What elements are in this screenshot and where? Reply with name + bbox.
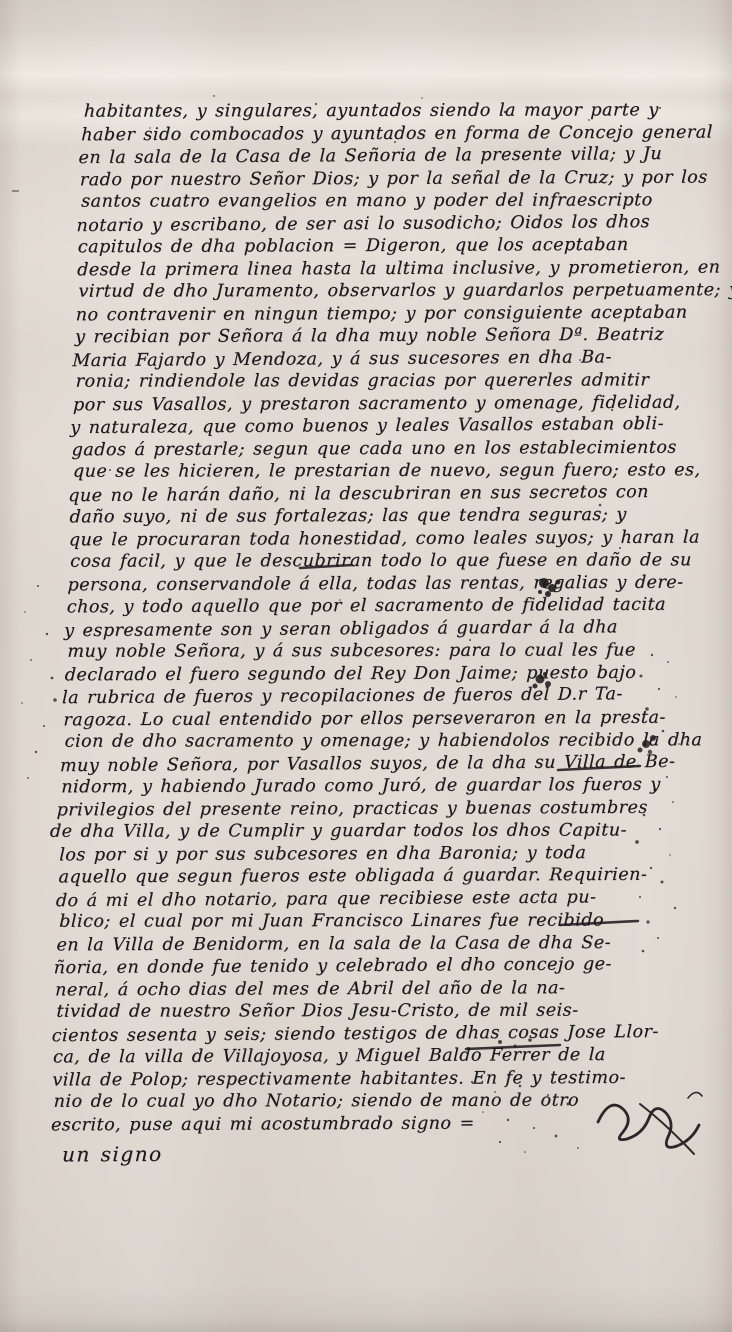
manuscript-line: aquello que segun fueros este obligada á…: [58, 864, 671, 889]
manuscript-line: desde la primera linea hasta la ultima i…: [77, 256, 690, 281]
manuscript-line: habitantes, y singulares, ayuntados sien…: [84, 99, 697, 123]
manuscript-line: gados á prestarle; segun que cada uno en…: [71, 436, 684, 461]
manuscript-line: no contravenir en ningun tiempo; y por c…: [75, 301, 688, 326]
manuscript-line: neral, á ocho dias del mes de Abril del …: [55, 976, 668, 1001]
manuscript-line: nidorm, y habiendo Jurado como Juró, de …: [61, 774, 674, 799]
manuscript-line: cientos sesenta y seis; siendo testigos …: [51, 1020, 664, 1047]
manuscript-line: que le procuraran toda honestidad, como …: [69, 526, 682, 551]
manuscript-line: chos, y todo aquello que por el sacramen…: [66, 594, 679, 619]
manuscript-line: un signo: [62, 1141, 663, 1166]
manuscript-line: escrito, puse aqui mi acostumbrado signo…: [51, 1111, 664, 1136]
manuscript-line: y espresamente son y seran obligados á g…: [64, 615, 677, 642]
manuscript-line: que no le harán daño, ni la descubriran …: [68, 480, 681, 507]
manuscript-line: y naturaleza, que como buenos y leales V…: [70, 413, 683, 440]
manuscript-line: tividad de nuestro Señor Dios Jesu-Crist…: [56, 999, 669, 1023]
manuscript-line: la rubrica de fueros y recopilaciones de…: [62, 683, 675, 710]
manuscript-line: privilegios del presente reino, practica…: [56, 796, 673, 821]
manuscript-line: muy noble Señora, por Vasallos suyos, de…: [60, 750, 673, 777]
manuscript-line: villa de Polop; respectivamente habitant…: [52, 1066, 665, 1091]
manuscript-line: rado por nuestro Señor Dios; y por la se…: [80, 166, 693, 191]
manuscript-line: persona, conservandole á ella, todas las…: [67, 571, 680, 596]
manuscript-line: santos cuatro evangelios en mano y poder…: [81, 189, 694, 213]
manuscript-line: ragoza. Lo cual entendido por ellos pers…: [63, 706, 676, 731]
manuscript-line: do á mi el dho notario, para que recibie…: [56, 885, 669, 912]
manuscript-line: ñoria, en donde fue tenido y celebrado e…: [53, 953, 666, 980]
manuscript-line: daño suyo, ni de sus fortalezas; las que…: [69, 504, 682, 529]
manuscript-line: nio de lo cual yo dho Notario; siendo de…: [53, 1089, 666, 1113]
manuscript-line: Maria Fajardo y Mendoza, y á sus sucesor…: [72, 345, 685, 372]
manuscript-line: muy noble Señora, y á sus subcesores: pa…: [67, 639, 680, 663]
manuscript-line: blico; el cual por mi Juan Francisco Lin…: [59, 909, 672, 933]
manuscript-line: en la sala de la Casa de la Señoria de l…: [78, 143, 691, 170]
manuscript-page: habitantes, y singulares, ayuntados sien…: [0, 0, 732, 1332]
manuscript-line: y recibian por Señora á la dha muy noble…: [75, 324, 688, 349]
manuscript-line: cion de dho sacramento y omenage; y habi…: [64, 729, 677, 753]
manuscript-line: que se les hicieren, le prestarian de nu…: [73, 459, 686, 483]
manuscript-line: cosa facil, y que le descubriran todo lo…: [70, 549, 683, 573]
manuscript-text: habitantes, y singulares, ayuntados sien…: [50, 99, 695, 1166]
manuscript-line: notario y escribano, de ser asi lo susod…: [76, 210, 689, 237]
manuscript-line: ronia; rindiendole las devidas gracias p…: [75, 369, 688, 393]
manuscript-line: virtud de dho Juramento, observarlos y g…: [78, 279, 691, 303]
manuscript-line: ca, de la villa de Villajoyosa, y Miguel…: [53, 1044, 666, 1069]
manuscript-line: los por si y por sus subcesores en dha B…: [59, 841, 672, 866]
manuscript-line: de dha Villa, y de Cumplir y guardar tod…: [50, 819, 675, 843]
manuscript-line: capitulos de dha poblacion = Digeron, qu…: [77, 234, 690, 259]
